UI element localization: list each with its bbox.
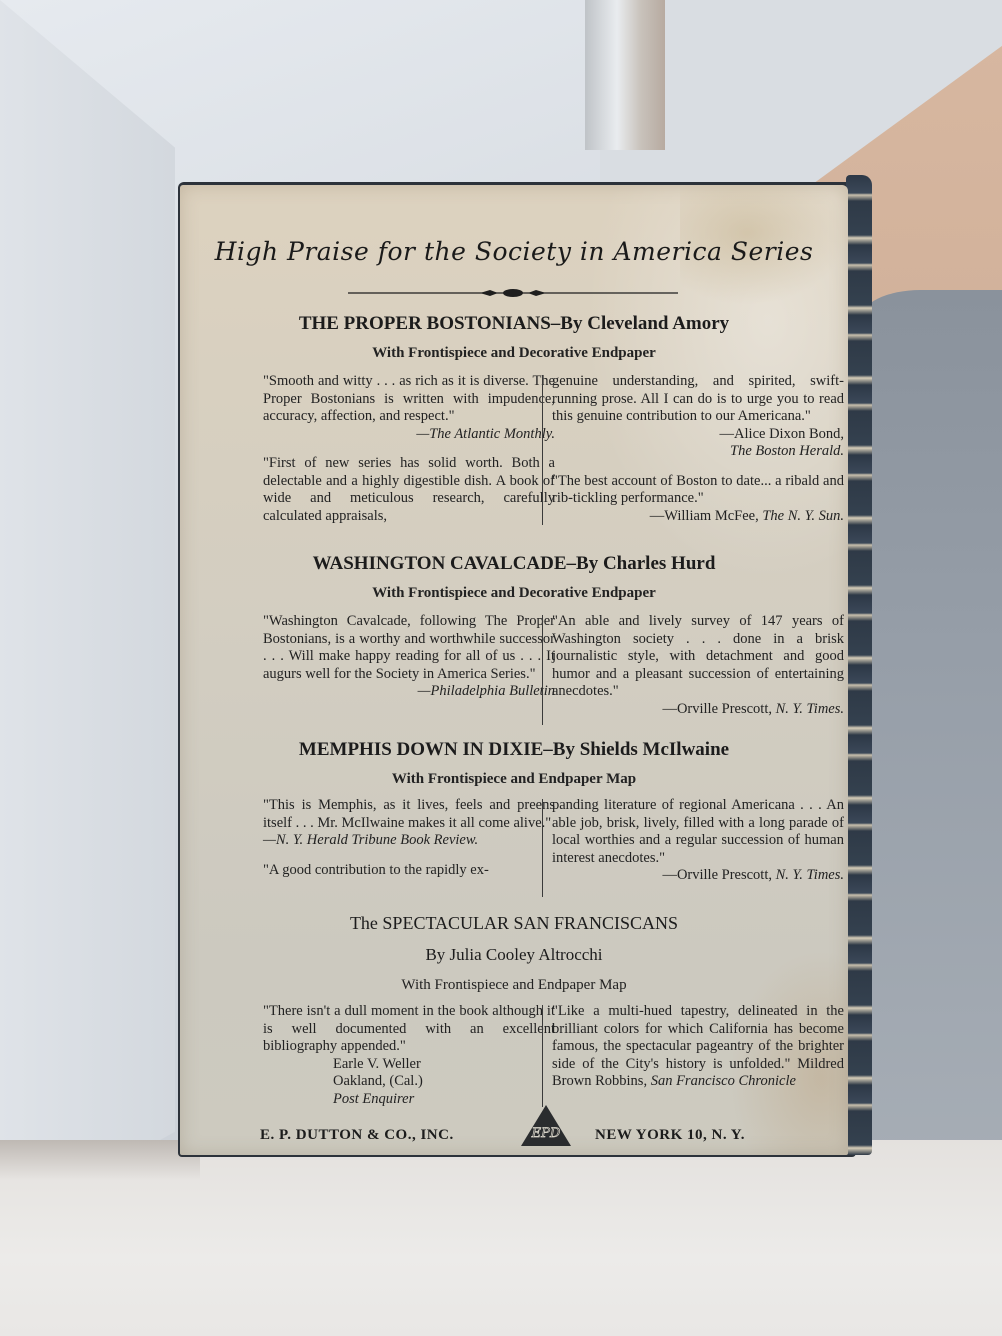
review-attribution: —N. Y. Herald Tribune Book Review. — [263, 832, 555, 850]
review-quote: "Smooth and witty . . . as rich as it is… — [263, 373, 555, 443]
review-column-left: "There isn't a dull moment in the book a… — [263, 1003, 555, 1120]
book-heading-proper-bostonians: THE PROPER BOSTONIANS–By Cleveland Amory — [180, 313, 848, 335]
review-column-left: "Washington Cavalcade, following The Pro… — [263, 613, 555, 713]
review-column-right: "An able and lively survey of 147 years … — [552, 613, 844, 730]
review-quote: "This is Memphis, as it lives, feels and… — [263, 797, 555, 850]
book-spine-edge — [846, 175, 872, 1155]
dutton-logo-icon: EPD — [520, 1103, 572, 1147]
review-attribution: —Orville Prescott, N. Y. Times. — [552, 701, 844, 719]
svg-text:EPD: EPD — [531, 1126, 561, 1141]
book-jacket-back: High Praise for the Society in America S… — [180, 185, 848, 1155]
review-attribution: —William McFee, The N. Y. Sun. — [552, 508, 844, 526]
column-divider — [542, 1005, 543, 1107]
review-column-right: panding literature of regional Americana… — [552, 797, 844, 897]
review-quote: panding literature of regional Americana… — [552, 797, 844, 885]
book-subheading: With Frontispiece and Endpaper Map — [180, 977, 848, 994]
background-wall-left-side — [0, 0, 175, 1230]
column-divider — [542, 799, 543, 897]
column-divider — [542, 615, 543, 725]
floor-shadow — [0, 1140, 200, 1180]
review-quote: "Washington Cavalcade, following The Pro… — [263, 613, 555, 701]
book-heading-washington-cavalcade: WASHINGTON CAVALCADE–By Charles Hurd — [180, 553, 848, 575]
background-post — [585, 0, 665, 150]
review-column-right: genuine understanding, and spirited, swi… — [552, 373, 844, 537]
review-quote: "Like a multi-hued tapestry, delineated … — [552, 1003, 844, 1091]
publisher-location: NEW YORK 10, N. Y. — [595, 1127, 745, 1144]
review-attribution: Earle V. WellerOakland, (Cal.)Post Enqui… — [263, 1056, 555, 1109]
book-subheading: With Frontispiece and Endpaper Map — [180, 771, 848, 788]
background-shadow — [860, 290, 1002, 1190]
column-divider — [542, 375, 543, 525]
publisher-name: E. P. DUTTON & CO., INC. — [260, 1127, 454, 1144]
book-heading-spectacular-san-franciscans: The SPECTACULAR SAN FRANCISCANS — [180, 913, 848, 934]
review-column-left: "This is Memphis, as it lives, feels and… — [263, 797, 555, 891]
book-subheading: With Frontispiece and Decorative Endpape… — [180, 585, 848, 602]
review-quote: "A good contribution to the rapidly ex- — [263, 862, 555, 880]
book-subheading: With Frontispiece and Decorative Endpape… — [180, 345, 848, 362]
review-column-right: "Like a multi-hued tapestry, delineated … — [552, 1003, 844, 1103]
review-attribution: —Alice Dixon Bond,The Boston Herald. — [552, 426, 844, 461]
review-attribution: —Orville Prescott, N. Y. Times. — [552, 867, 844, 885]
review-attribution: —The Atlantic Monthly. — [263, 426, 555, 444]
review-column-left: "Smooth and witty . . . as rich as it is… — [263, 373, 555, 537]
review-quote: "An able and lively survey of 147 years … — [552, 613, 844, 718]
review-attribution: —Philadelphia Bulletin — [263, 683, 555, 701]
review-quote: "There isn't a dull moment in the book a… — [263, 1003, 555, 1108]
review-quote: genuine understanding, and spirited, swi… — [552, 373, 844, 461]
ornament-divider-icon — [348, 287, 678, 299]
book-author-line: By Julia Cooley Altrocchi — [180, 945, 848, 965]
jacket-title: High Praise for the Society in America S… — [180, 237, 848, 266]
book-heading-memphis-down-in-dixie: MEMPHIS DOWN IN DIXIE–By Shields McIlwai… — [180, 739, 848, 761]
review-quote: "The best account of Boston to date... a… — [552, 473, 844, 526]
review-quote: "First of new series has solid worth. Bo… — [263, 455, 555, 525]
